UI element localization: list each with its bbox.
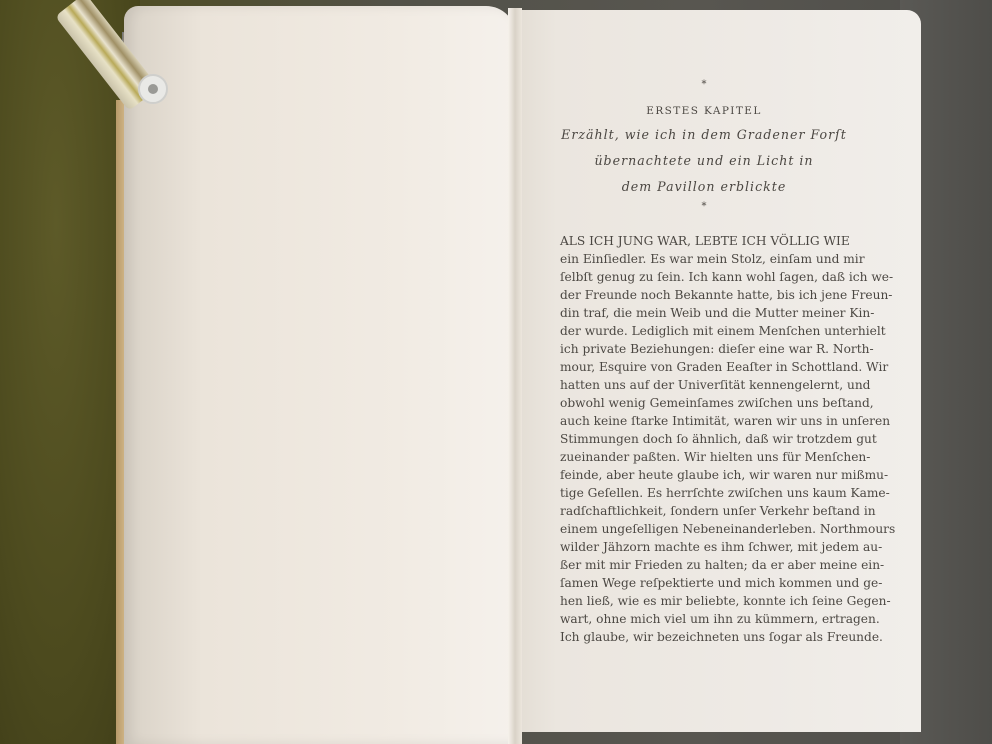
body-line: ein Einſiedler. Es war mein Stolz, einſa… [560,250,848,268]
body-line: der Freunde noch Bekannte hatte, bis ich… [560,286,848,304]
body-line: obwohl wenig Gemeinſames zwiſchen uns be… [560,394,848,412]
chapter-heading: ERSTES KAPITEL [560,104,848,118]
subtitle-line: Erzählt, wie ich in dem Gradener Forſt [560,122,848,148]
subtitle-line: übernachtete und ein Licht in [560,148,848,174]
body-line: der wurde. Lediglich mit einem Menſchen … [560,322,848,340]
left-page-blank [124,6,516,744]
body-text: ALS ICH JUNG WAR, LEBTE ICH VÖLLIG WIE e… [560,232,848,646]
book-gutter [508,8,522,744]
body-line: mour, Esquire von Graden Eeaſter in Scho… [560,358,848,376]
body-line: ich private Beziehungen: dieſer eine war… [560,340,848,358]
pen-cap-icon [138,74,168,104]
ornament-star-bottom: * [560,200,848,214]
body-line: ALS ICH JUNG WAR, LEBTE ICH VÖLLIG WIE [560,232,848,250]
body-line: ſamen Wege reſpektierte und mich kommen … [560,574,848,592]
body-line: auch keine ſtarke Intimität, waren wir u… [560,412,848,430]
body-line: Ich glaube, wir bezeichneten uns ſogar a… [560,628,848,646]
body-line: tige Geſellen. Es herrſchte zwiſchen uns… [560,484,848,502]
body-line: ſelbſt genug zu ſein. Ich kann wohl ſage… [560,268,848,286]
body-line: hen ließ, wie es mir beliebte, konnte ic… [560,592,848,610]
chapter-subtitle: Erzählt, wie ich in dem Gradener Forſt ü… [560,122,848,200]
right-page-content: * ERSTES KAPITEL Erzählt, wie ich in dem… [560,78,848,646]
subtitle-line: dem Pavillon erblickte [560,174,848,200]
ornament-star-top: * [560,78,848,92]
body-line: hatten uns auf der Univerſität kennengel… [560,376,848,394]
body-line: feinde, aber heute glaube ich, wir waren… [560,466,848,484]
body-line: wilder Jähzorn machte es ihm ſchwer, mit… [560,538,848,556]
body-line: din traf, die mein Weib und die Mutter m… [560,304,848,322]
body-line: radſchaftlichkeit, ſondern unſer Verkehr… [560,502,848,520]
body-line: zueinander paßten. Wir hielten uns für M… [560,448,848,466]
body-line: Stimmungen doch ſo ähnlich, daß wir trot… [560,430,848,448]
body-line: wart, ohne mich viel um ihn zu kümmern, … [560,610,848,628]
body-line: einem ungeſelligen Nebeneinanderleben. N… [560,520,848,538]
body-line: ßer mit mir Frieden zu halten; da er abe… [560,556,848,574]
